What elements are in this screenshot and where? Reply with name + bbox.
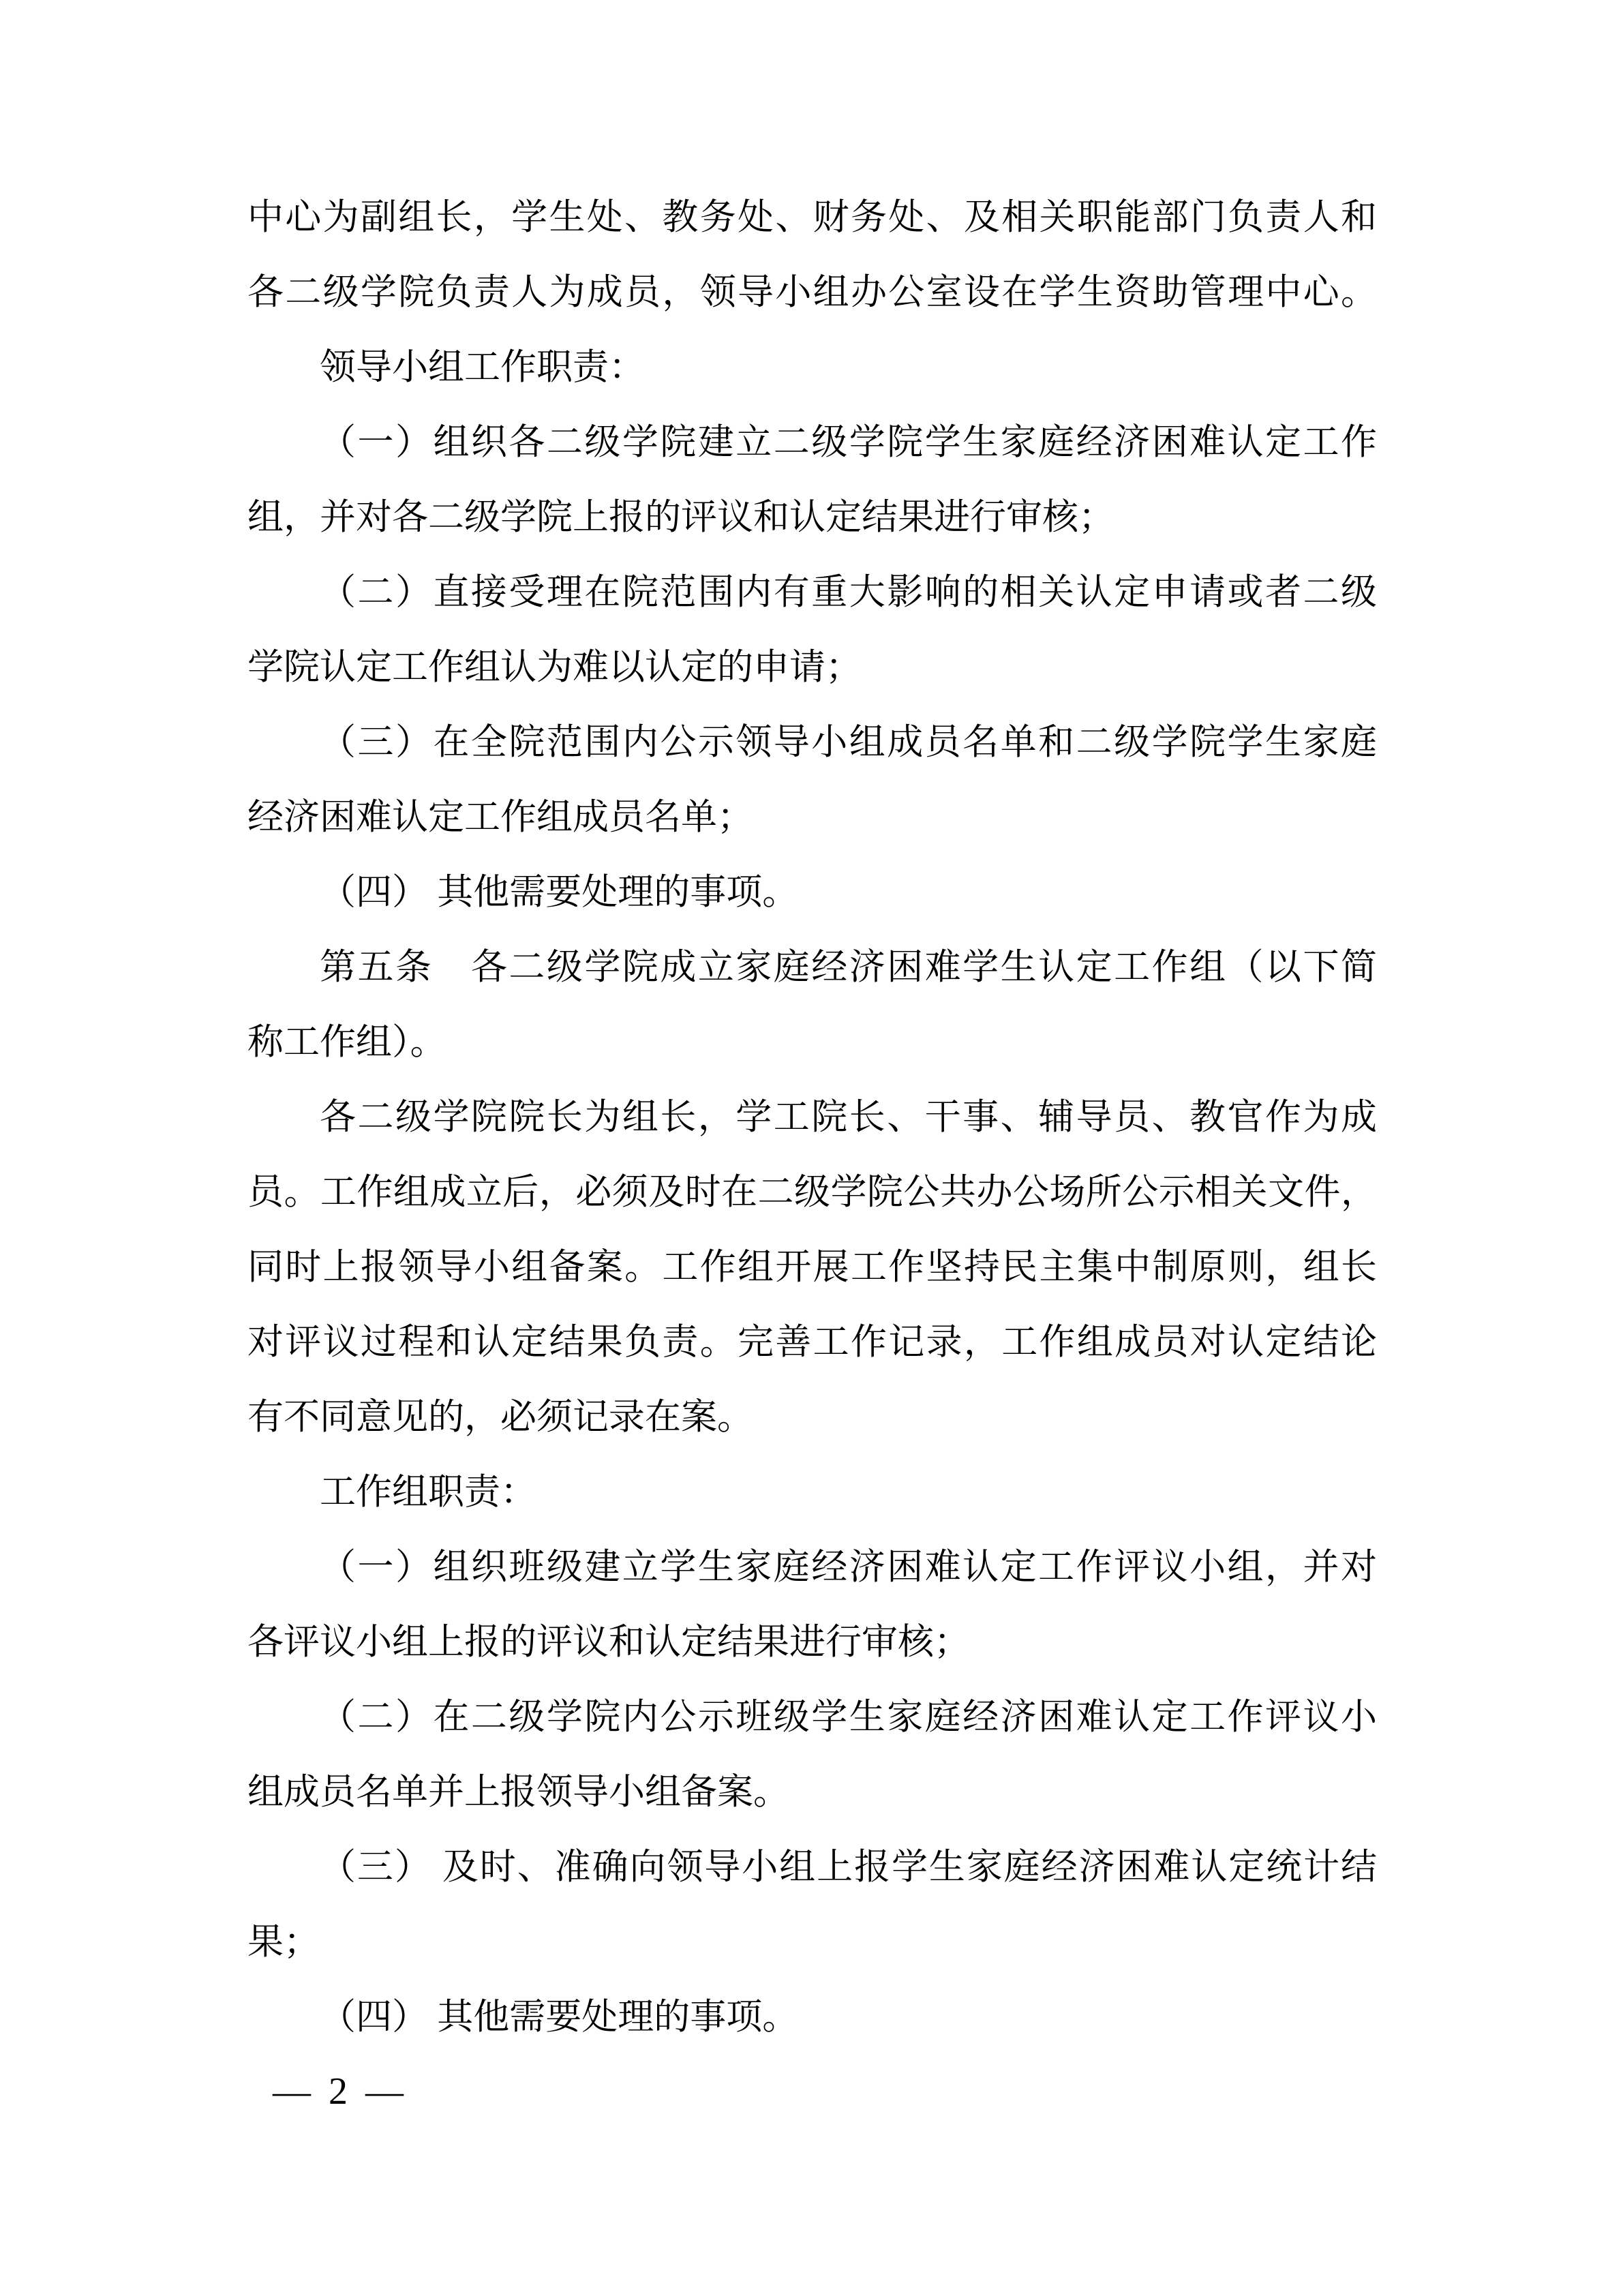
text-line: 有不同意见的，必须记录在案。 xyxy=(247,1380,1377,1455)
document-body-text: 中心为副组长，学生处、教务处、财务处、及相关职能部门负责人和各二级学院负责人为成… xyxy=(247,180,1377,2055)
document-page: 中心为副组长，学生处、教务处、财务处、及相关职能部门负责人和各二级学院负责人为成… xyxy=(0,0,1623,2296)
text-line: （三） 及时、准确向领导小组上报学生家庭经济困难认定统计结 xyxy=(247,1830,1377,1905)
text-line: 各二级学院负责人为成员，领导小组办公室设在学生资助管理中心。 xyxy=(247,255,1377,330)
text-line: 组，并对各二级学院上报的评议和认定结果进行审核； xyxy=(247,480,1377,555)
text-line: 中心为副组长，学生处、教务处、财务处、及相关职能部门负责人和 xyxy=(247,180,1377,255)
text-line: 称工作组）。 xyxy=(247,1005,1377,1080)
text-line: 组成员名单并上报领导小组备案。 xyxy=(247,1755,1377,1830)
text-line: 员。工作组成立后，必须及时在二级学院公共办公场所公示相关文件， xyxy=(247,1155,1377,1230)
text-line: 果； xyxy=(247,1905,1377,1980)
text-line: （二）在二级学院内公示班级学生家庭经济困难认定工作评议小 xyxy=(247,1680,1377,1755)
text-line: 对评议过程和认定结果负责。完善工作记录，工作组成员对认定结论 xyxy=(247,1305,1377,1380)
text-line: 工作组职责： xyxy=(247,1455,1377,1530)
text-line: （二）直接受理在院范围内有重大影响的相关认定申请或者二级 xyxy=(247,555,1377,630)
text-line: 各二级学院院长为组长，学工院长、干事、辅导员、教官作为成 xyxy=(247,1080,1377,1155)
text-line: （四） 其他需要处理的事项。 xyxy=(247,1980,1377,2055)
text-line: （一）组织班级建立学生家庭经济困难认定工作评议小组，并对 xyxy=(247,1530,1377,1605)
text-line: 各评议小组上报的评议和认定结果进行审核； xyxy=(247,1605,1377,1680)
text-line: 学院认定工作组认为难以认定的申请； xyxy=(247,630,1377,705)
text-line: 领导小组工作职责： xyxy=(247,330,1377,405)
text-line: （三）在全院范围内公示领导小组成员名单和二级学院学生家庭 xyxy=(247,705,1377,780)
text-line: 经济困难认定工作组成员名单； xyxy=(247,780,1377,855)
text-line: 同时上报领导小组备案。工作组开展工作坚持民主集中制原则，组长 xyxy=(247,1230,1377,1305)
page-number: — 2 — xyxy=(273,2064,408,2119)
text-line: （四） 其他需要处理的事项。 xyxy=(247,855,1377,930)
text-line: 第五条 各二级学院成立家庭经济困难学生认定工作组（以下简 xyxy=(247,930,1377,1005)
text-line: （一）组织各二级学院建立二级学院学生家庭经济困难认定工作 xyxy=(247,405,1377,480)
